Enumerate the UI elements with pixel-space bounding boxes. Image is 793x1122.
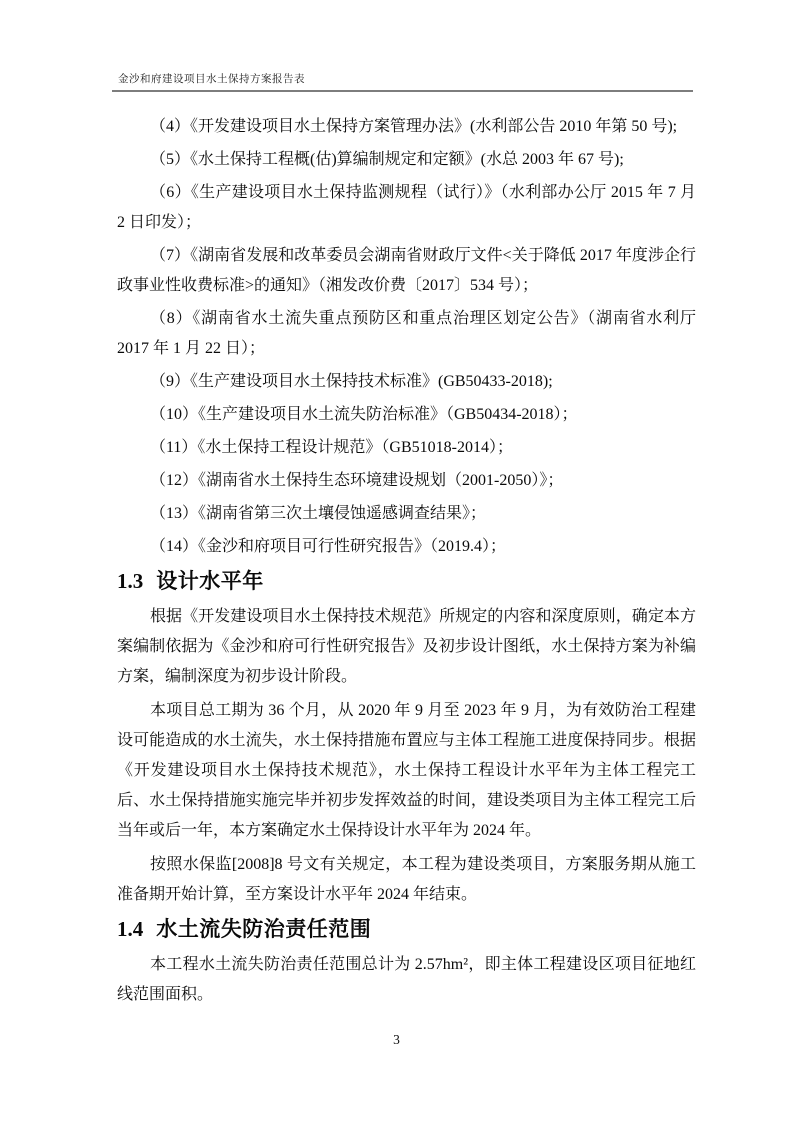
reference-item-4: （4）《开发建设项目水土保持方案管理办法》(水利部公告 2010 年第 50 号…: [117, 112, 696, 142]
section-1-3-number: 1.3: [117, 569, 143, 593]
reference-item-10: （10）《生产建设项目水土流失防治标准》（GB50434-2018）；: [117, 400, 696, 430]
reference-item-9: （9）《生产建设项目水土保持技术标准》(GB50433-2018);: [117, 367, 696, 397]
reference-item-14: （14）《金沙和府项目可行性研究报告》（2019.4）；: [117, 532, 696, 562]
section-1-3-paragraph-2: 本项目总工期为 36 个月，从 2020 年 9 月至 2023 年 9 月，为…: [117, 696, 696, 846]
reference-item-13: （13）《湖南省第三次土壤侵蚀遥感调查结果》；: [117, 499, 696, 529]
section-1-3-paragraph-1: 根据《开发建设项目水土保持技术规范》所规定的内容和深度原则，确定本方案编制依据为…: [117, 602, 696, 692]
reference-item-5: （5）《水土保持工程概(估)算编制规定和定额》(水总 2003 年 67 号);: [117, 145, 696, 175]
reference-item-6: （6）《生产建设项目水土保持监测规程（试行）》（水利部办公厅 2015 年 7 …: [117, 178, 696, 238]
document-page: 金沙和府建设项目水土保持方案报告表 （4）《开发建设项目水土保持方案管理办法》(…: [0, 0, 793, 1122]
section-1-3-title: 设计水平年: [156, 569, 264, 593]
section-heading-1-3: 1.3设计水平年: [117, 568, 696, 594]
page-number: 3: [0, 1031, 793, 1049]
reference-item-12: （12）《湖南省水土保持生态环境建设规划（2001-2050）》；: [117, 466, 696, 496]
reference-item-11: （11）《水土保持工程设计规范》（GB51018-2014）；: [117, 433, 696, 463]
reference-item-7: （7）《湖南省发展和改革委员会湖南省财政厅文件<关于降低 2017 年度涉企行政…: [117, 241, 696, 301]
section-1-4-title: 水土流失防治责任范围: [156, 917, 371, 941]
document-body: （4）《开发建设项目水土保持方案管理办法》(水利部公告 2010 年第 50 号…: [117, 112, 696, 1014]
section-1-4-paragraph-1: 本工程水土流失防治责任范围总计为 2.57hm²，即主体工程建设区项目征地红线范…: [117, 950, 696, 1010]
reference-item-8: （8）《湖南省水土流失重点预防区和重点治理区划定公告》（湖南省水利厅 2017 …: [117, 304, 696, 364]
page-header: 金沙和府建设项目水土保持方案报告表: [112, 72, 693, 92]
section-1-4-number: 1.4: [117, 917, 143, 941]
page-header-title: 金沙和府建设项目水土保持方案报告表: [112, 72, 693, 87]
section-heading-1-4: 1.4水土流失防治责任范围: [117, 916, 696, 942]
section-1-3-paragraph-3: 按照水保监[2008]8 号文有关规定，本工程为建设类项目，方案服务期从施工准备…: [117, 850, 696, 910]
